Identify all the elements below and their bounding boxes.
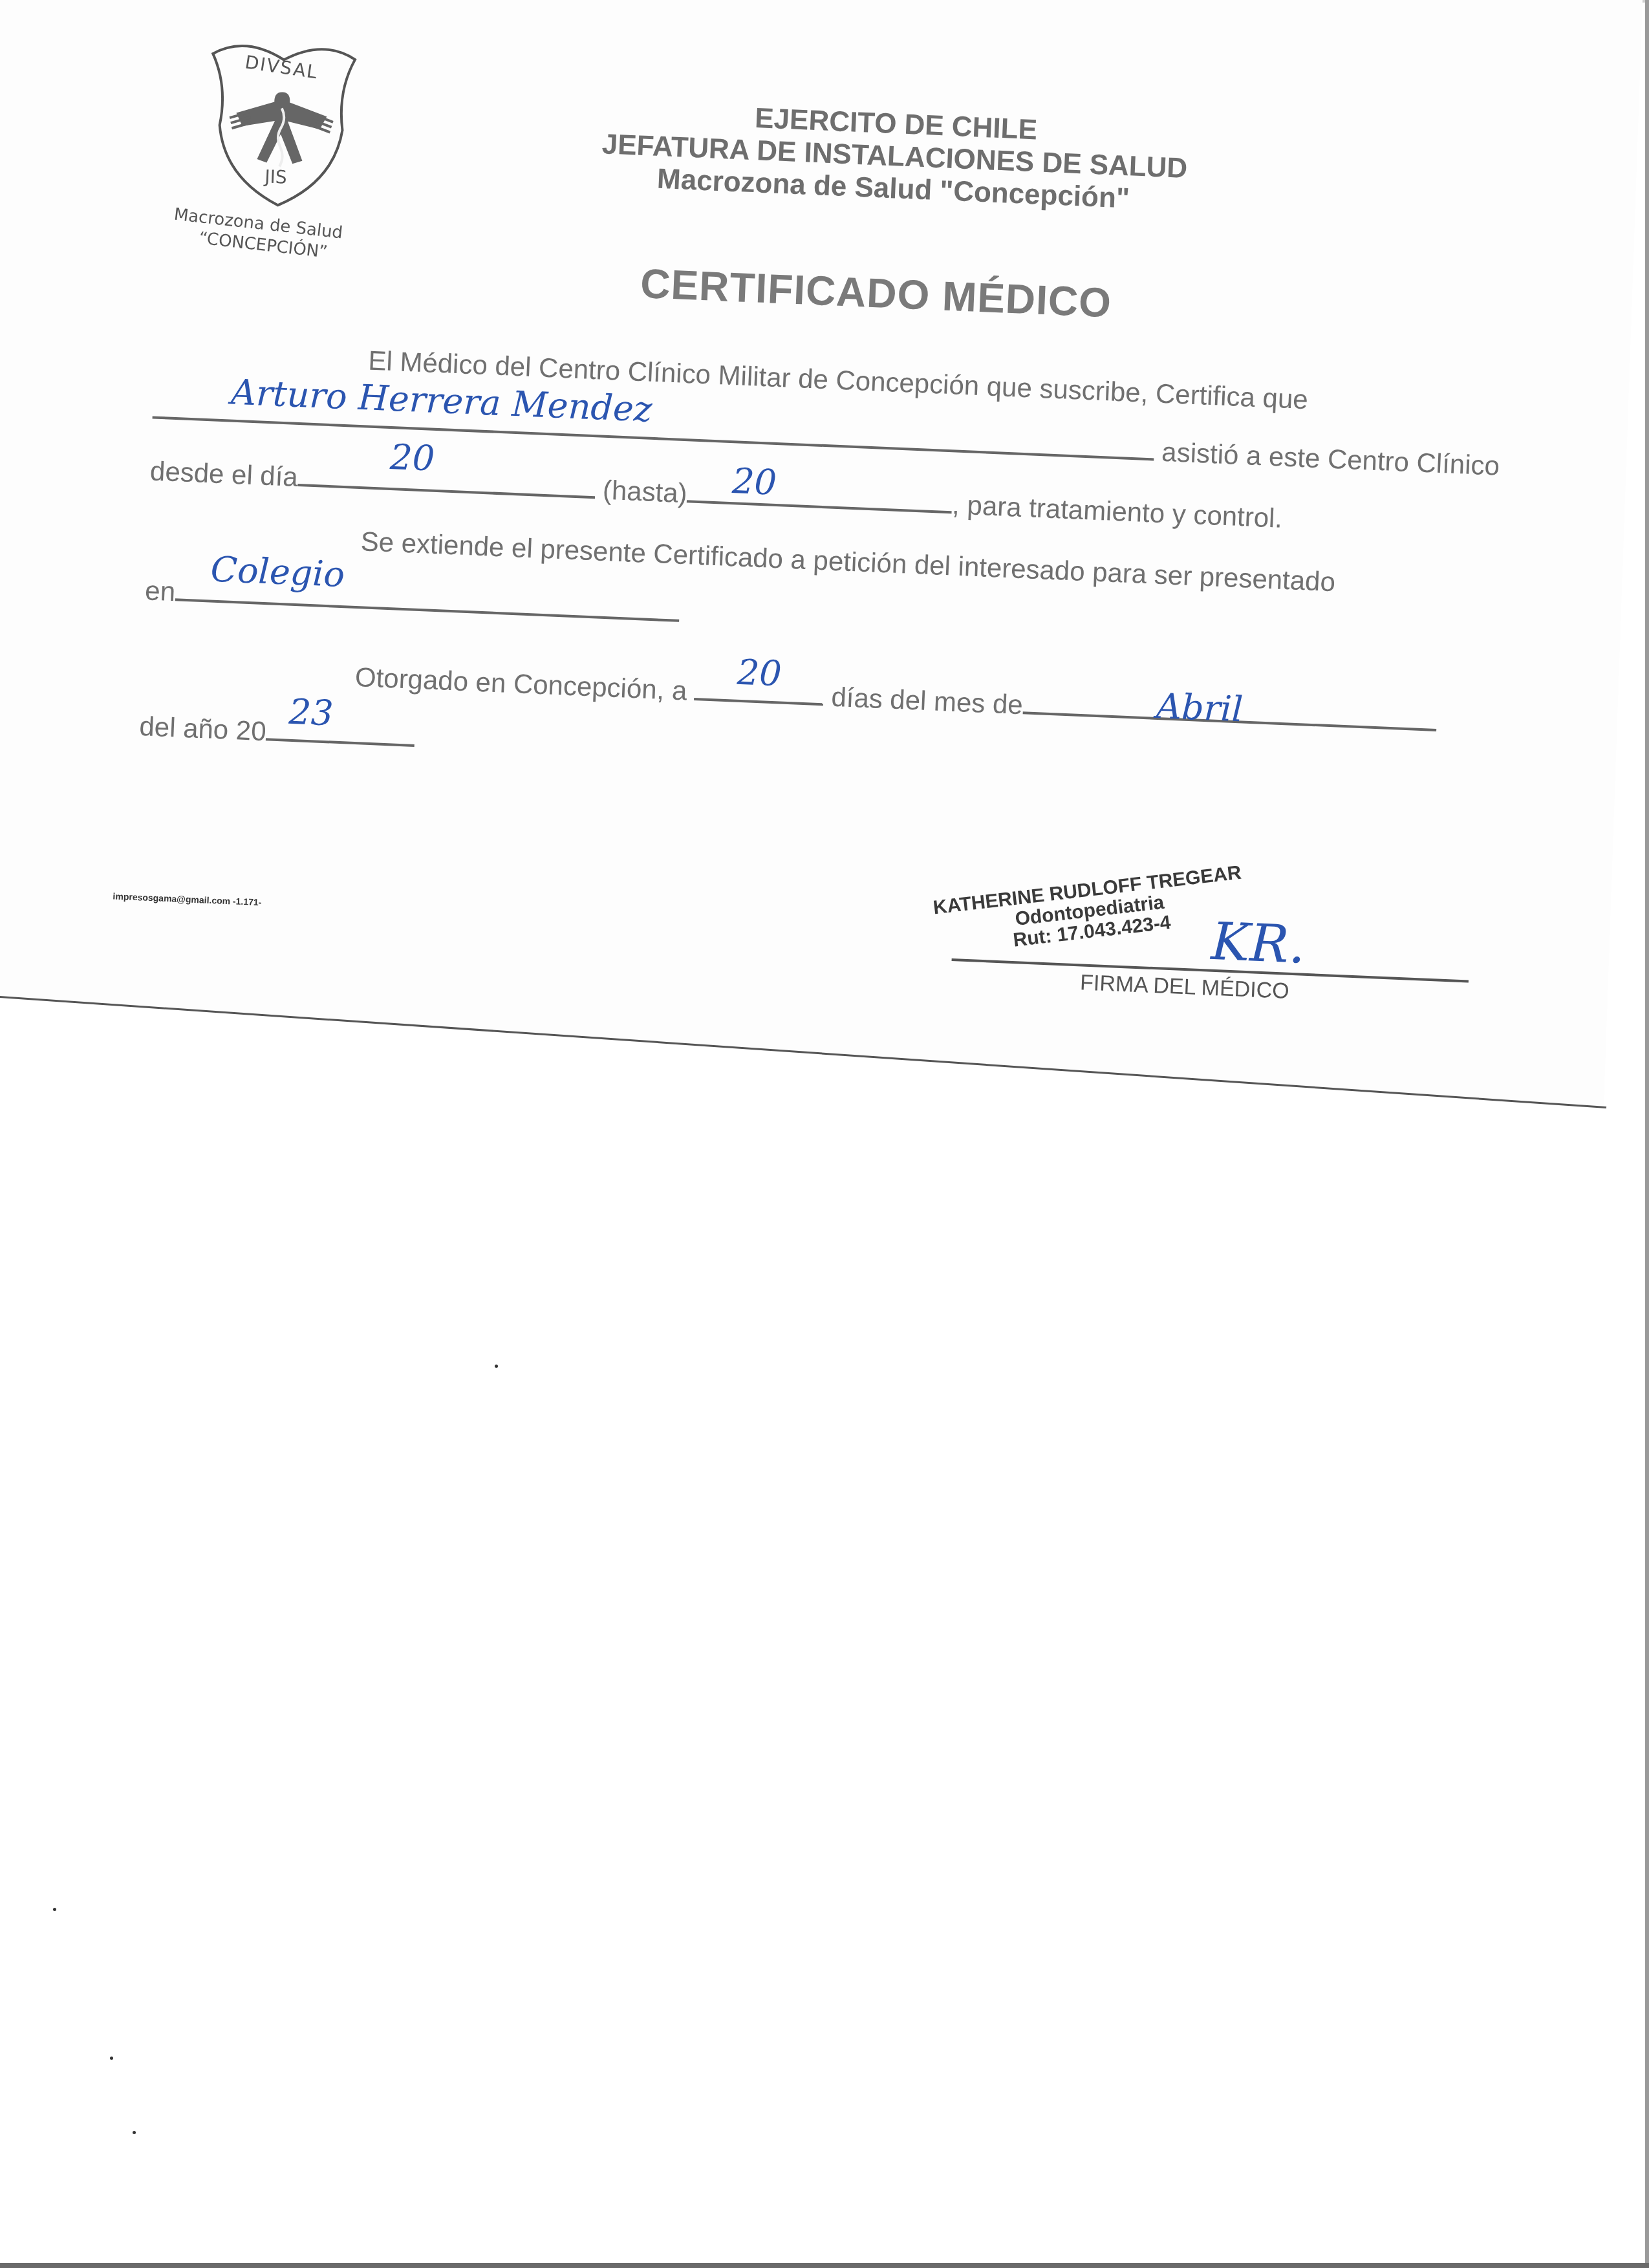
granted-prefix: Otorgado en Concepción, a [354, 662, 687, 706]
presented-to-handwritten: Colegio [210, 548, 346, 595]
patient-name-blank [153, 409, 1154, 460]
date-range-row: desde el día (hasta), para tratamiento y… [149, 455, 1283, 534]
granted-day-blank [694, 691, 823, 706]
granted-month-handwritten: Abril [1156, 686, 1244, 730]
extends-text: Se extiende el presente Certificado a pe… [360, 526, 1336, 598]
until-blank [687, 493, 952, 513]
from-blank [297, 477, 595, 499]
from-day-handwritten: 20 [389, 437, 435, 479]
logo-bottom-text: JIS [264, 166, 288, 188]
doctor-signature-handwritten: KR. [1210, 911, 1306, 975]
scan-speck [133, 2131, 136, 2134]
granted-row: Otorgado en Concepción, a días del mes d… [354, 662, 1437, 738]
document-title: CERTIFICADO MÉDICO [603, 258, 1148, 329]
until-label: (hasta) [602, 475, 688, 508]
treatment-suffix: , para tratamiento y control. [951, 489, 1283, 533]
scan-speck [110, 2057, 113, 2060]
attended-suffix: asistió a este Centro Clínico [1161, 437, 1500, 481]
signature-label: FIRMA DEL MÉDICO [1079, 970, 1289, 1004]
granted-day-handwritten: 20 [737, 652, 782, 695]
scan-bottom-edge [0, 2263, 1649, 2268]
until-day-handwritten: 20 [731, 460, 777, 503]
year-label: del año 20 [139, 711, 267, 746]
from-label: desde el día [149, 455, 299, 492]
institution-header: EJERCITO DE CHILE JEFATURA DE INSTALACIO… [570, 94, 1220, 219]
presented-label: en [144, 575, 176, 607]
certificate-document: DIVSAL JIS Macrozona de Salud “CONCEPCIÓ… [0, 0, 1649, 1136]
scan-speck [53, 1908, 56, 1911]
granted-year-handwritten: 23 [288, 691, 334, 734]
divsal-logo: DIVSAL JIS Macrozona de Salud “CONCEPCIÓ… [185, 27, 376, 267]
month-label: días del mes de [831, 682, 1024, 720]
scan-speck [495, 1365, 498, 1368]
printer-footer: impresosgama@gmail.com -1.171- [113, 891, 261, 908]
presented-blank [175, 592, 679, 622]
year-blank [266, 731, 415, 747]
year-row: del año 20 [139, 711, 416, 753]
